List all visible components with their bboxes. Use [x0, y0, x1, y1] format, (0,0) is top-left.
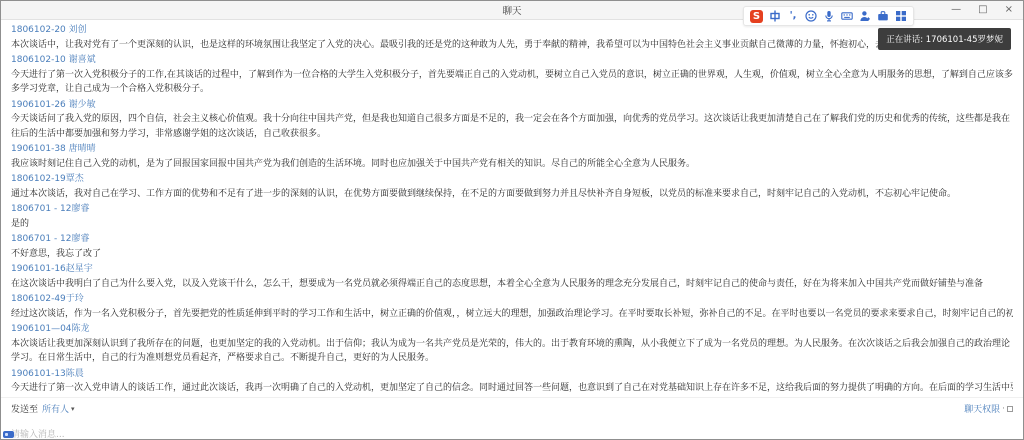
collapse-panel-icon[interactable]: [1007, 406, 1013, 412]
message-sender[interactable]: 1806102-49于玲: [11, 292, 1013, 307]
user-icon[interactable]: [859, 10, 871, 22]
close-button[interactable]: ×: [1005, 5, 1013, 15]
speaking-tooltip: 正在讲话: 1706101-45罗梦妮: [878, 28, 1011, 50]
chevron-down-icon: ▾: [71, 405, 75, 413]
message-sender[interactable]: 1806102-19覃杰: [11, 172, 1013, 187]
maximize-button[interactable]: □: [978, 5, 987, 15]
chinese-mode-icon[interactable]: [769, 10, 781, 22]
keyboard-icon[interactable]: [841, 10, 853, 22]
send-bar: 发送至 所有人 ▾ 聊天权限 · 请输入消息...: [1, 397, 1023, 439]
toolbox-icon[interactable]: [877, 10, 889, 22]
input-placeholder: 请输入消息...: [11, 430, 65, 440]
send-to-selector[interactable]: 所有人: [42, 402, 69, 415]
chat-message: 1806102-19覃杰 通过本次谈话，我对自己在学习、工作方面的优势和不足有了…: [11, 172, 1013, 201]
message-sender[interactable]: 1906101-13陈晨: [11, 367, 1013, 382]
message-sender[interactable]: 1906101-26 谢少敏: [11, 98, 1013, 113]
message-text: 今天进行了第一次入党积极分子的工作,在其谈话的过程中，了解到作为一位合格的大学生…: [11, 68, 1013, 97]
message-list[interactable]: 1806102-20 刘创 本次谈话中，让我对党有了一个更深刻的认识，也是这样的…: [1, 20, 1023, 397]
message-text: 今天进行了第一次入党申请人的谈话工作，通过此次谈话，我再一次明确了自己的入党动机…: [11, 381, 1013, 396]
sogou-logo-icon[interactable]: S: [750, 10, 763, 23]
emoji-icon[interactable]: [805, 10, 817, 22]
message-text: 通过本次谈话，我对自己在学习、工作方面的优势和不足有了进一步的深刻的认识，在优势…: [11, 187, 1013, 202]
chat-message: 1806102-10 谢喜斌 今天进行了第一次入党积极分子的工作,在其谈话的过程…: [11, 53, 1013, 97]
message-text: 今天谈话问了我入党的原因，四个自信，社会主义核心价值观。我十分向往中国共产党，但…: [11, 112, 1013, 141]
message-sender[interactable]: 1906101-16赵星宇: [11, 262, 1013, 277]
message-sender[interactable]: 1806102-10 谢喜斌: [11, 53, 1013, 68]
window-controls: — □ ×: [951, 1, 1013, 19]
chat-message: 1906101-26 谢少敏 今天谈话问了我入党的原因，四个自信，社会主义核心价…: [11, 98, 1013, 142]
grid-icon[interactable]: [895, 10, 907, 22]
chat-permission-link[interactable]: 聊天权限: [964, 402, 1000, 415]
message-sender[interactable]: 1806701 - 12廖睿: [11, 232, 1013, 247]
message-sender[interactable]: 1906101—04陈龙: [11, 322, 1013, 337]
chat-message: 1806102-20 刘创 本次谈话中，让我对党有了一个更深刻的认识，也是这样的…: [11, 23, 1013, 52]
window-title: 聊天: [502, 3, 521, 17]
message-text: 本次谈话让我更加深刻认识到了我所存在的问题，也更加坚定的我的入党动机。出于信仰；…: [11, 337, 1013, 366]
message-text: 在这次谈话中我明白了自己为什么要入党，以及入党该干什么，怎么干，想要成为一名党员…: [11, 277, 1013, 292]
dot-separator: ·: [1002, 404, 1005, 414]
corner-app-icon[interactable]: [3, 431, 14, 438]
minimize-button[interactable]: —: [951, 5, 961, 15]
send-to-label: 发送至: [11, 402, 38, 415]
chat-message: 1906101-13陈晨 今天进行了第一次入党申请人的谈话工作，通过此次谈话，我…: [11, 367, 1013, 396]
message-text: 本次谈话中，让我对党有了一个更深刻的认识，也是这样的环境氛围让我坚定了入党的决心…: [11, 38, 1013, 53]
message-sender[interactable]: 1806701 - 12廖睿: [11, 202, 1013, 217]
chat-message: 1906101-38 唐晴晴 我应该时刻记住自己入党的动机，是为了回报国家回报中…: [11, 142, 1013, 171]
punctuation-icon[interactable]: ',: [787, 10, 799, 22]
message-text: 我应该时刻记住自己入党的动机，是为了回报国家回报中国共产党为我们创造的生活环境。…: [11, 157, 1013, 172]
chat-message: 1906101-16赵星宇 在这次谈话中我明白了自己为什么要入党，以及入党该干什…: [11, 262, 1013, 291]
chat-message: 1806701 - 12廖睿 是的: [11, 202, 1013, 231]
chat-message: 1806102-49于玲 经过这次谈话，作为一名入党积极分子，首先要把党的性质延…: [11, 292, 1013, 321]
message-text: 经过这次谈话，作为一名入党积极分子，首先要把党的性质延伸到平时的学习工作和生活中…: [11, 307, 1013, 322]
ime-toolbar: S ',: [743, 6, 914, 26]
message-sender[interactable]: 1906101-38 唐晴晴: [11, 142, 1013, 157]
message-text: 不好意思，我忘了改了: [11, 247, 1013, 262]
mic-icon[interactable]: [823, 10, 835, 22]
message-input[interactable]: 请输入消息...: [11, 422, 1013, 440]
chat-message: 1806701 - 12廖睿 不好意思，我忘了改了: [11, 232, 1013, 261]
chat-window: 聊天 — □ × 1806102-20 刘创 本次谈话中，让我对党有了一个更深刻…: [0, 0, 1024, 440]
message-text: 是的: [11, 217, 1013, 232]
chat-message: 1906101—04陈龙 本次谈话让我更加深刻认识到了我所存在的问题，也更加坚定…: [11, 322, 1013, 366]
